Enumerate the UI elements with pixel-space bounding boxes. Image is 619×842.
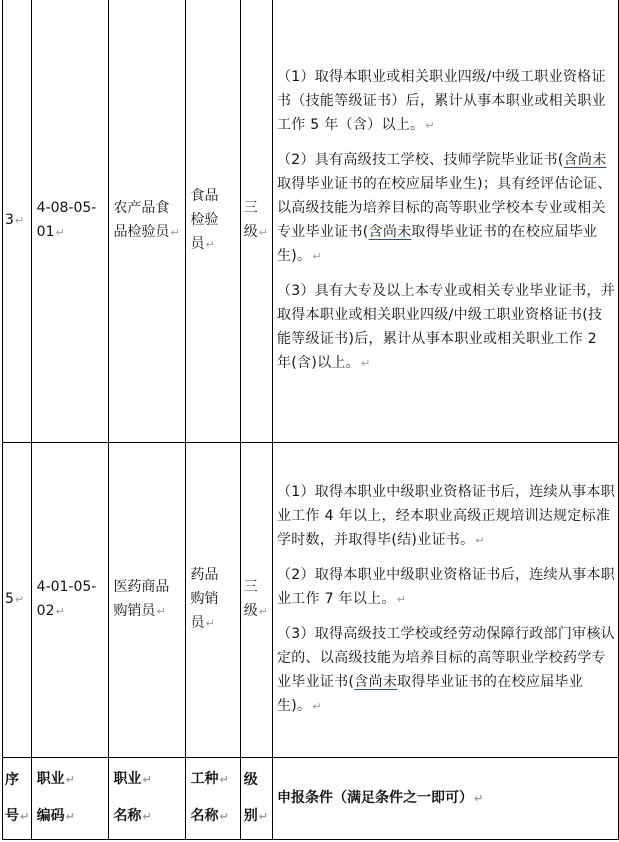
header-seq: 序 号↵ <box>3 757 32 839</box>
seq-value: 5 <box>5 591 14 607</box>
level-line: 三 <box>244 575 272 599</box>
return-mark-icon: ↵ <box>259 605 268 618</box>
occupation-name-cell: 农产品食 品检验员↵ <box>109 0 186 442</box>
underlined-text: 含尚未 <box>369 224 412 240</box>
header-occupation-code: 职业↵ 编码↵ <box>31 757 109 839</box>
work-type-line: 员↵ <box>190 232 239 257</box>
seq-cell: 3↵ <box>3 0 32 442</box>
header-label: 工种↵ <box>190 761 239 798</box>
work-type-line: 员↵ <box>190 611 239 636</box>
table-header-row: 序 号↵ 职业↵ 编码↵ 职业↵ 名称↵ 工种↵ 名称↵ 级 别↵ 申报条件（满… <box>3 757 619 839</box>
underlined-text: 含尚未 <box>564 152 607 168</box>
header-label: 级 <box>244 762 272 798</box>
occupation-code-cell: 4-08-05- 01↵ <box>31 0 109 442</box>
header-label: 申报条件（满足条件之一即可） <box>277 790 473 806</box>
header-label: 职业↵ <box>113 761 185 798</box>
header-level: 级 别↵ <box>240 757 272 839</box>
return-mark-icon: ↵ <box>219 810 228 823</box>
table-row: 3↵ 4-08-05- 01↵ 农产品食 品检验员↵ 食品 检验 员↵ 三 级↵… <box>3 0 619 442</box>
return-mark-icon: ↵ <box>142 810 151 823</box>
level-cell: 三 级↵ <box>240 0 272 442</box>
return-mark-icon: ↵ <box>475 534 485 547</box>
occupation-code-cell: 4-01-05- 02↵ <box>31 442 109 757</box>
work-type-line: 检验 <box>190 208 239 232</box>
return-mark-icon: ↵ <box>156 605 165 618</box>
return-mark-icon: ↵ <box>425 119 435 132</box>
condition-item: （2）具有高级技工学校、技师学院毕业证书(含尚未取得毕业证书的在校应届毕业生)；… <box>277 148 616 269</box>
table-row: 5↵ 4-01-05- 02↵ 医药商品 购销员↵ 药品 购销 员↵ 三 级↵ … <box>3 442 619 757</box>
header-occupation-name: 职业↵ 名称↵ <box>109 757 186 839</box>
condition-item: （1）取得本职业或相关职业四级/中级工职业资格证书（技能等级证书）后，累计从事本… <box>277 65 616 138</box>
work-type-line: 药品 <box>190 563 239 587</box>
level-line: 级↵ <box>244 220 272 245</box>
occupation-name-line: 购销员↵ <box>113 599 185 624</box>
qualification-table: 3↵ 4-08-05- 01↵ 农产品食 品检验员↵ 食品 检验 员↵ 三 级↵… <box>2 0 619 840</box>
condition-item: （3）取得高级技工学校或经劳动保障行政部门审核认定的、以高级技能为培养目标的高等… <box>277 622 616 719</box>
header-work-type: 工种↵ 名称↵ <box>186 757 240 839</box>
return-mark-icon: ↵ <box>20 810 29 823</box>
level-line: 三 <box>244 196 272 220</box>
occupation-code-line: 01↵ <box>37 220 109 245</box>
seq-value: 3 <box>5 212 14 228</box>
condition-item: （2）取得本职业中级职业资格证书后，连续从事本职业工作 7 年以上。↵ <box>277 563 616 612</box>
work-type-line: 购销 <box>190 587 239 611</box>
return-mark-icon: ↵ <box>312 700 322 713</box>
occupation-code-line: 4-01-05- <box>37 575 109 599</box>
return-mark-icon: ↵ <box>219 773 228 786</box>
return-mark-icon: ↵ <box>397 593 407 606</box>
return-mark-icon: ↵ <box>55 605 64 618</box>
return-mark-icon: ↵ <box>474 792 483 805</box>
return-mark-icon: ↵ <box>170 226 179 239</box>
occupation-name-line: 品检验员↵ <box>113 220 185 245</box>
header-label: 职业↵ <box>37 761 109 798</box>
condition-item: （1）取得本职业中级职业资格证书后，连续从事本职业工作 4 年以上，经本职业高级… <box>277 480 616 553</box>
return-mark-icon: ↵ <box>66 810 75 823</box>
work-type-line: 食品 <box>190 184 239 208</box>
conditions-cell: （1）取得本职业或相关职业四级/中级工职业资格证书（技能等级证书）后，累计从事本… <box>272 0 618 442</box>
occupation-code-line: 4-08-05- <box>37 196 109 220</box>
return-mark-icon: ↵ <box>312 250 322 263</box>
header-label: 编码↵ <box>37 798 109 835</box>
return-mark-icon: ↵ <box>15 214 24 227</box>
header-label: 名称↵ <box>113 798 185 835</box>
header-label: 号↵ <box>5 798 31 835</box>
level-cell: 三 级↵ <box>240 442 272 757</box>
occupation-name-line: 农产品食 <box>113 196 185 220</box>
return-mark-icon: ↵ <box>361 357 371 370</box>
return-mark-icon: ↵ <box>205 238 214 251</box>
occupation-code-line: 02↵ <box>37 599 109 624</box>
seq-cell: 5↵ <box>3 442 32 757</box>
level-line: 级↵ <box>244 599 272 624</box>
underlined-text: 含尚未 <box>354 674 397 690</box>
work-type-cell: 食品 检验 员↵ <box>186 0 240 442</box>
return-mark-icon: ↵ <box>55 226 64 239</box>
occupation-name-line: 医药商品 <box>113 575 185 599</box>
conditions-cell: （1）取得本职业中级职业资格证书后，连续从事本职业工作 4 年以上，经本职业高级… <box>272 442 618 757</box>
occupation-name-cell: 医药商品 购销员↵ <box>109 442 186 757</box>
header-label: 名称↵ <box>190 798 239 835</box>
return-mark-icon: ↵ <box>205 617 214 630</box>
return-mark-icon: ↵ <box>15 593 24 606</box>
return-mark-icon: ↵ <box>259 810 268 823</box>
return-mark-icon: ↵ <box>259 226 268 239</box>
return-mark-icon: ↵ <box>142 773 151 786</box>
condition-item: （3）具有大专及以上本专业或相关专业毕业证书，并取得本职业或相关职业四级/中级工… <box>277 279 616 376</box>
return-mark-icon: ↵ <box>66 773 75 786</box>
header-conditions: 申报条件（满足条件之一即可）↵ <box>272 757 618 839</box>
header-label: 别↵ <box>244 798 272 835</box>
work-type-cell: 药品 购销 员↵ <box>186 442 240 757</box>
header-label: 序 <box>5 762 31 798</box>
